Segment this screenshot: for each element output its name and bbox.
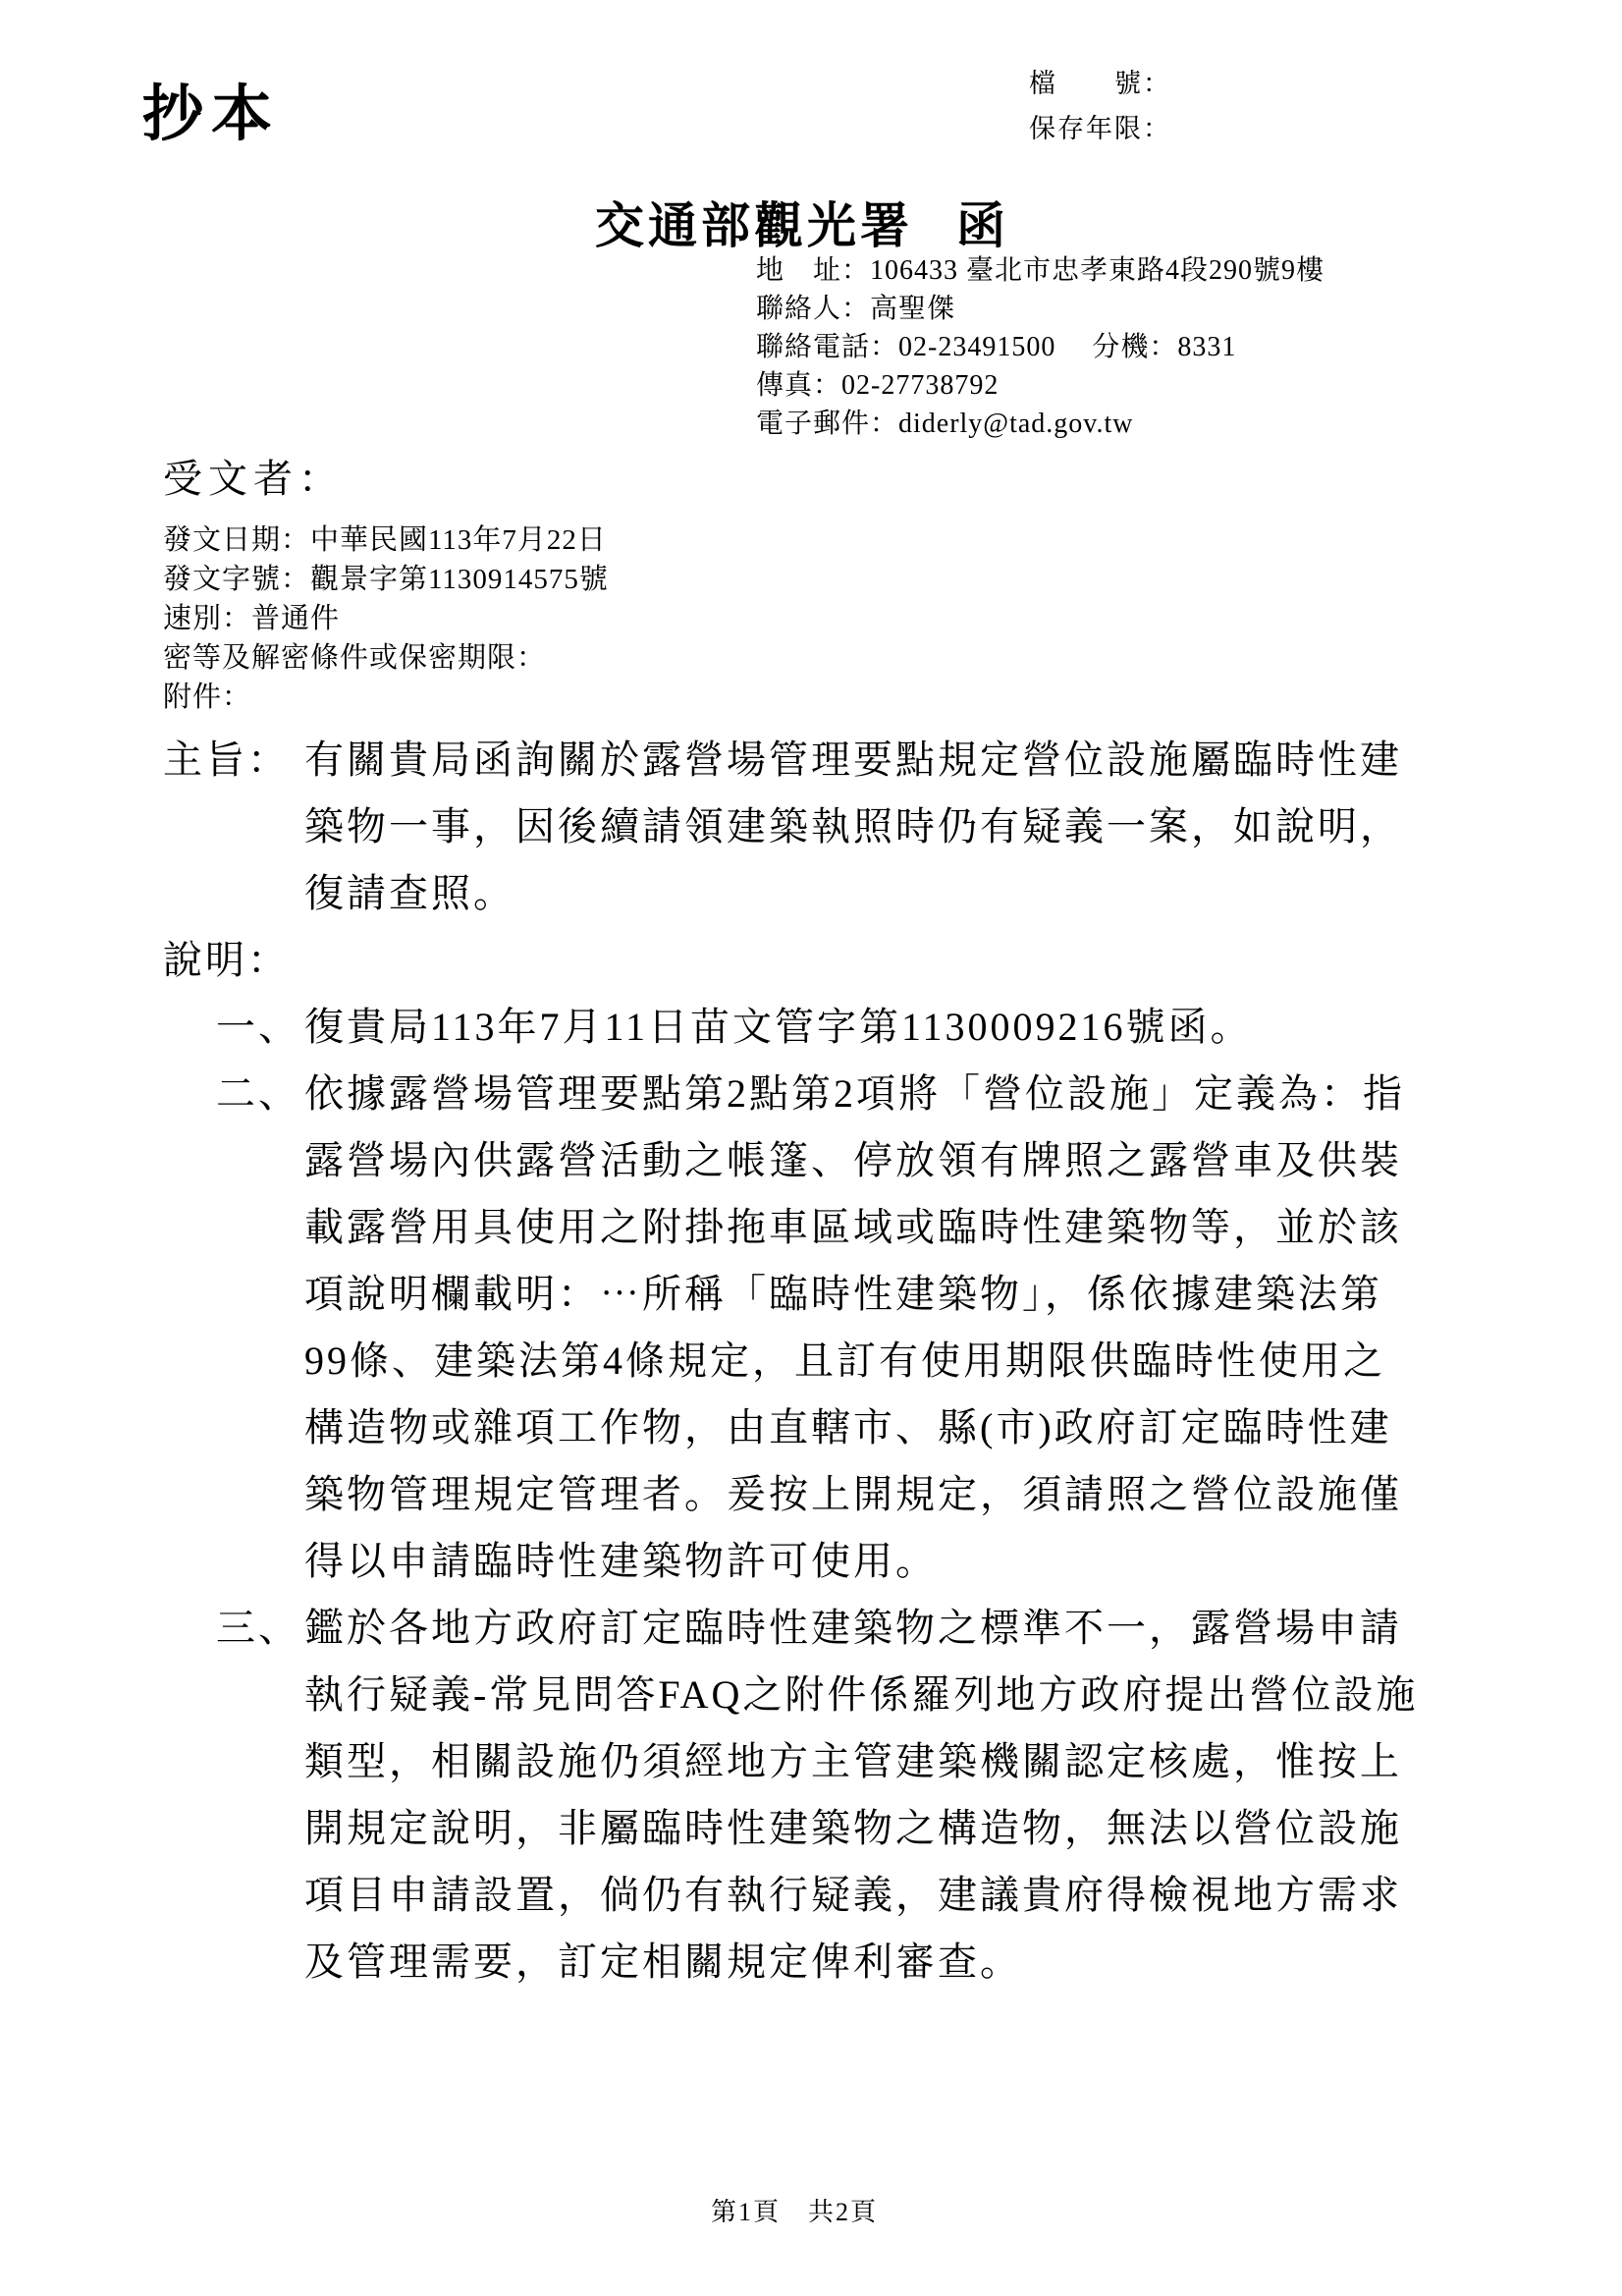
letter-body: 主旨： 有關貴局函詢關於露營場管理要點規定營位設施屬臨時性建 築物一事，因後續請… — [163, 727, 1479, 1995]
explanation-item-2: 二、 依據露營場管理要點第2點第2項將「營位設施」定義為：指 露營場內供露營活動… — [216, 1061, 1479, 1595]
explanation-label: 說明： — [163, 927, 1479, 994]
sender-contact-block: 地 址：106433 臺北市忠孝東路4段290號9樓 聯絡人：高聖傑 聯絡電話：… — [756, 251, 1325, 443]
dispatch-meta-block: 發文日期：中華民國113年7月22日 發文字號：觀景字第1130914575號 … — [163, 520, 609, 717]
file-number-label: 檔 號： — [1029, 61, 1171, 106]
issuing-agency-name: 交通部觀光署 — [595, 198, 913, 253]
document-title: 交通部觀光署函 — [595, 187, 1009, 257]
item-text: 復貴局113年7月11日苗文管字第1130009216號函。 — [304, 994, 1479, 1061]
copy-stamp-label: 抄本 — [142, 65, 280, 152]
document-type-label: 函 — [956, 198, 1009, 253]
item-text: 依據露營場管理要點第2點第2項將「營位設施」定義為：指 露營場內供露營活動之帳篷… — [304, 1061, 1479, 1595]
retention-period-label: 保存年限： — [1029, 106, 1171, 151]
item-text: 鑑於各地方政府訂定臨時性建築物之標準不一，露營場申請 執行疑義-常見問答FAQ之… — [304, 1595, 1479, 1995]
explanation-item-3: 三、 鑑於各地方政府訂定臨時性建築物之標準不一，露營場申請 執行疑義-常見問答F… — [216, 1595, 1479, 1995]
archive-info-block: 檔 號： 保存年限： — [1029, 61, 1171, 151]
item-number: 三、 — [216, 1595, 304, 1662]
page-number-footer: 第1頁 共2頁 — [711, 2192, 878, 2228]
recipient-label: 受文者： — [163, 448, 344, 504]
subject-paragraph: 主旨： 有關貴局函詢關於露營場管理要點規定營位設施屬臨時性建 築物一事，因後續請… — [163, 727, 1479, 927]
item-number: 二、 — [216, 1061, 304, 1127]
explanation-item-1: 一、 復貴局113年7月11日苗文管字第1130009216號函。 — [216, 994, 1479, 1061]
subject-text: 有關貴局函詢關於露營場管理要點規定營位設施屬臨時性建 築物一事，因後續請領建築執… — [304, 727, 1479, 927]
document-page: 抄本 檔 號： 保存年限： 交通部觀光署函 地 址：106433 臺北市忠孝東路… — [0, 0, 1622, 2296]
item-number: 一、 — [216, 994, 304, 1061]
subject-label: 主旨： — [163, 727, 304, 793]
